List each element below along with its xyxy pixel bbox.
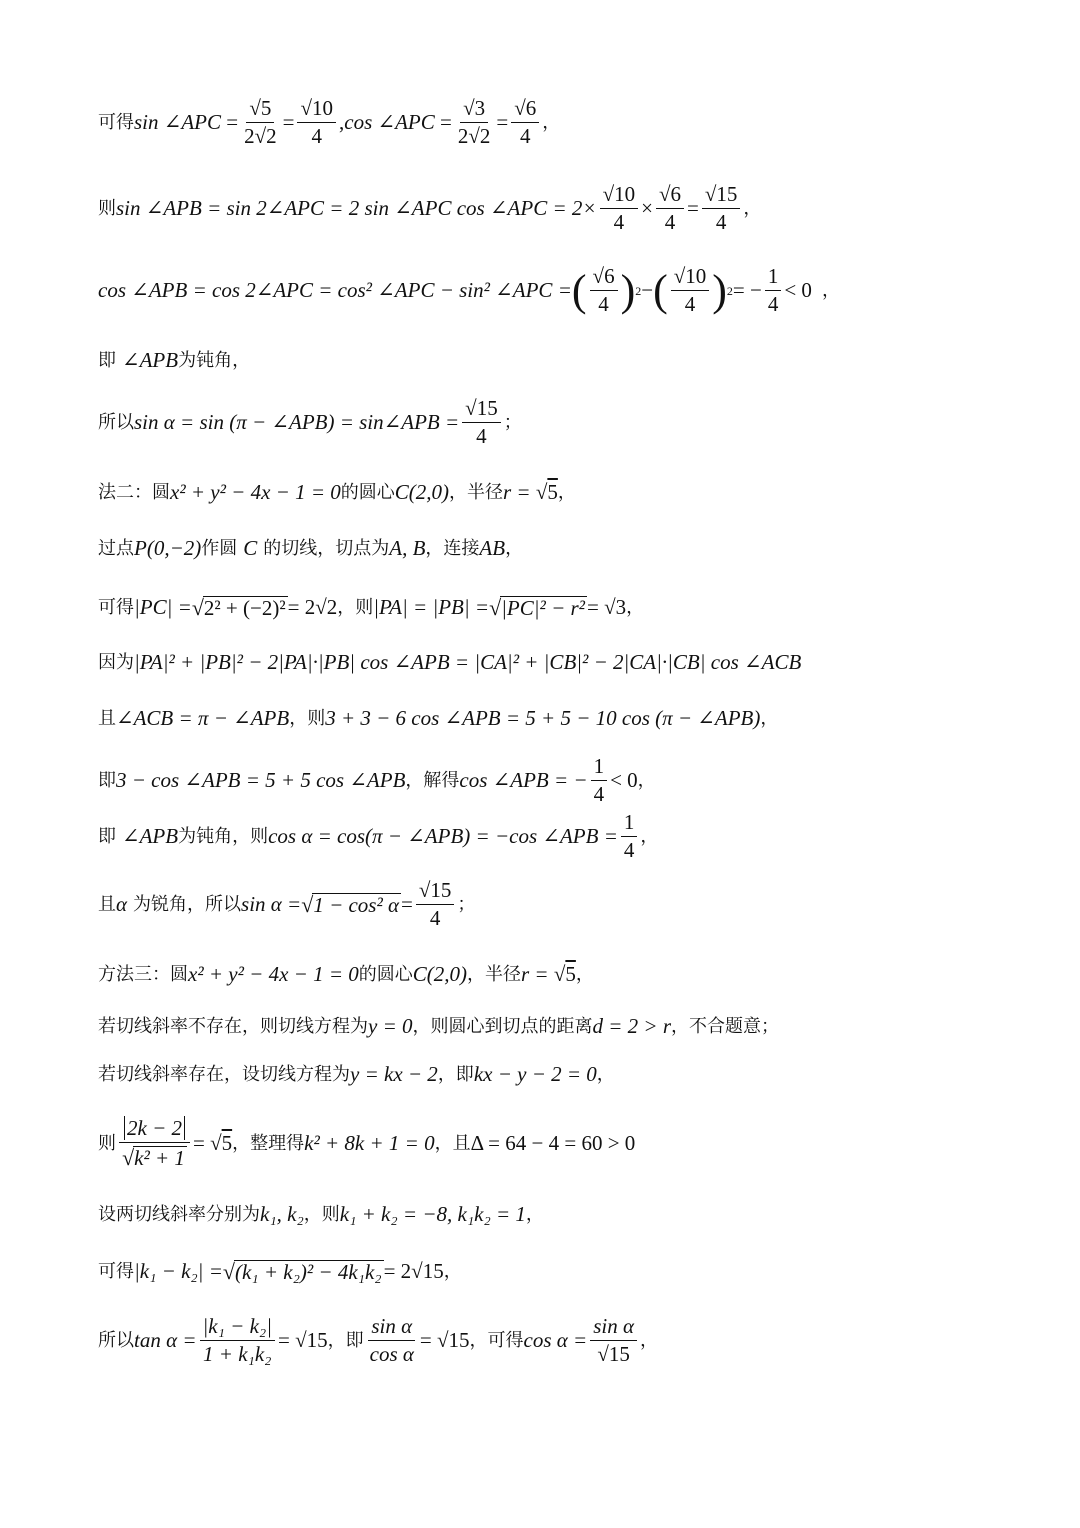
line-cos-alpha: 即 ∠APB 为钝角，则 cos α = cos(π − ∠APB) = −co… <box>98 812 658 861</box>
method-label: 方法三：圆 <box>98 966 188 984</box>
fraction: √104 <box>600 184 639 233</box>
fraction: 14 <box>621 812 638 861</box>
punct: ， <box>822 282 840 300</box>
expr: sin α = sin (π − ∠APB) = sin∠APB = <box>134 412 459 433</box>
line-sin-alpha: 所以 sin α = sin (π − ∠APB) = sin∠APB = √1… <box>98 398 522 447</box>
fraction: √52√2 <box>241 98 280 147</box>
fraction: sin α√15 <box>590 1316 637 1365</box>
expr: cos ∠APB = cos 2∠APC = cos² ∠APC − sin² … <box>98 280 572 301</box>
expr: C(2,0) <box>395 482 449 503</box>
line-tangent: 过点 P(0,−2) 作圆 C 的切线，切点为 A, B ，连接 AB ， <box>98 538 523 559</box>
expr: cos ∠APC <box>344 112 435 133</box>
line-cos-apb: cos ∠APB = cos 2∠APC = cos² ∠APC − sin² … <box>98 266 840 315</box>
line-k-diff: 可得 |k₁ − k₂| = √(k₁ + k₂)² − 4k₁k₂ = 2√1… <box>98 1260 462 1283</box>
fraction: √64 <box>590 266 618 315</box>
fraction: 14 <box>591 756 608 805</box>
punct: ， <box>542 114 560 132</box>
text: 为钝角， <box>178 352 250 370</box>
fraction: √64 <box>656 184 684 233</box>
method3-heading-line: 方法三：圆 x² + y² − 4x − 1 = 0 的圆心 C(2,0) ，半… <box>98 964 594 985</box>
line-solve-cos: 即 3 − cos ∠APB = 5 + 5 cos ∠APB ，解得 cos … <box>98 756 656 805</box>
fraction: √154 <box>416 880 455 929</box>
line-slope-exists: 若切线斜率存在，设切线方程为 y = kx − 2 ，即 kx − y − 2 … <box>98 1064 615 1085</box>
punct: ， <box>743 200 761 218</box>
expr: sin ∠APC <box>134 112 221 133</box>
fraction: √104 <box>671 266 710 315</box>
line-sin-alpha-2: 且 α 为锐角，所以 sin α = √1 − cos² α = √154 ； <box>98 880 475 929</box>
fraction: |k₁ − k₂|1 + k₁k₂ <box>200 1316 275 1365</box>
text: 可得 <box>98 114 134 132</box>
line-tan-alpha: 所以 tan α = |k₁ − k₂|1 + k₁k₂ = √15 ，即 si… <box>98 1316 658 1365</box>
line-no-slope: 若切线斜率不存在，则切线方程为 y = 0 ，则圆心到切点的距离 d = 2 >… <box>98 1016 779 1037</box>
expr: |PA|² + |PB|² − 2|PA|·|PB| cos ∠APB = |C… <box>134 652 801 673</box>
expr: P(0,−2) <box>134 538 201 559</box>
fraction: √154 <box>702 184 741 233</box>
line-acb: 且 ∠ACB = π − ∠APB ，则 3 + 3 − 6 cos ∠APB … <box>98 708 778 729</box>
line-sin-apb: 则 sin ∠APB = sin 2∠APC = 2 sin ∠APC cos … <box>98 184 761 233</box>
line-distance: 则 2k − 2√k² + 1 = √5 ，整理得 k² + 8k + 1 = … <box>98 1118 635 1169</box>
line-cosine-law: 因为 |PA|² + |PB|² − 2|PA|·|PB| cos ∠APB =… <box>98 652 801 673</box>
fraction: √154 <box>462 398 501 447</box>
punct: ； <box>504 414 522 432</box>
method-label: 法二：圆 <box>98 484 170 502</box>
text: 所以 <box>98 414 134 432</box>
expr: x² + y² − 4x − 1 = 0 <box>170 482 341 503</box>
line-sin-apc: 可得 sin ∠APC = √52√2= √104, cos ∠APC = √3… <box>98 98 560 147</box>
line-pc: 可得 |PC| = √2² + (−2)² = 2√2 ，则 |PA| = |P… <box>98 596 644 619</box>
line-vieta: 设两切线斜率分别为 k₁, k₂ ，则 k₁ + k₂ = −8, k₁k₂ =… <box>98 1204 544 1225</box>
line-obtuse: 即 ∠APB 为钝角， <box>98 350 250 371</box>
fraction: √32√2 <box>455 98 494 147</box>
text: 即 <box>98 352 116 370</box>
expr: sin ∠APB = sin 2∠APC = 2 sin ∠APC cos ∠A… <box>116 198 597 219</box>
fraction: 14 <box>765 266 782 315</box>
fraction: √64 <box>511 98 539 147</box>
fraction: sin αcos α <box>367 1316 417 1365</box>
fraction: 2k − 2√k² + 1 <box>119 1118 190 1169</box>
text: 则 <box>98 200 116 218</box>
method2-heading-line: 法二：圆 x² + y² − 4x − 1 = 0 的圆心 C(2,0) ，半径… <box>98 482 576 503</box>
expr: ∠APB <box>122 350 178 371</box>
fraction: √104 <box>297 98 336 147</box>
